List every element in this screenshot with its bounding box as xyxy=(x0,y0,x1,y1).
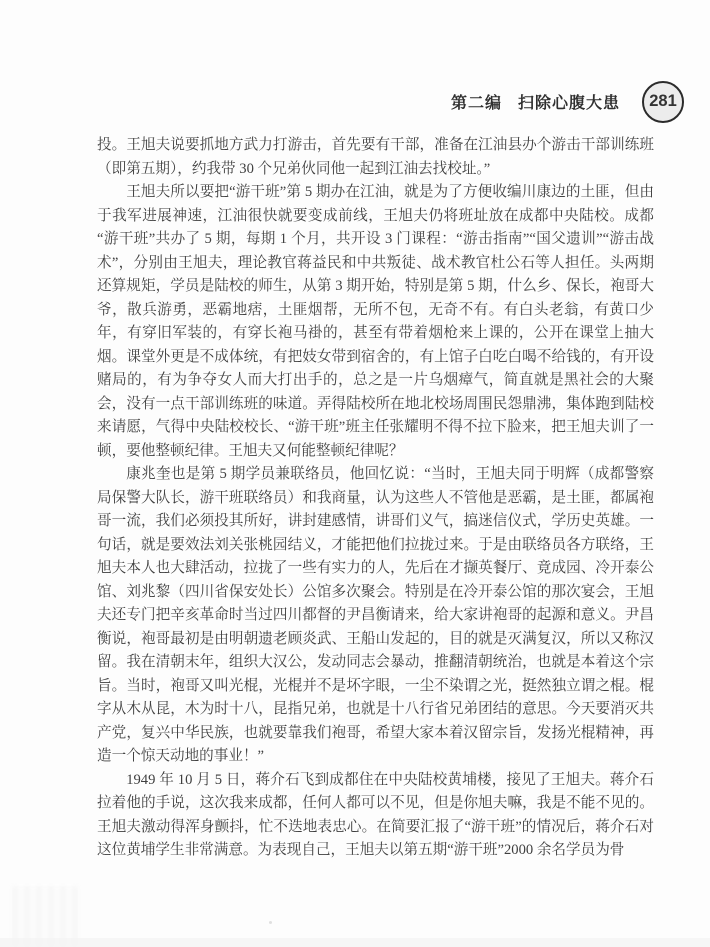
section-title: 扫除心腹大患 xyxy=(518,90,620,113)
page-header: 第二编 扫除心腹大患 281 xyxy=(451,80,684,123)
paragraph: 1949 年 10 月 5 日，蒋介石飞到成都住在中央陆校黄埔楼，接见了王旭夫。… xyxy=(97,769,654,863)
page-body: 投。王旭夫说要抓地方武力打游击，首先要有干部，准备在江油县办个游击干部训练班（即… xyxy=(97,134,654,863)
book-page: 第二编 扫除心腹大患 281 投。王旭夫说要抓地方武力打游击，首先要有干部，准备… xyxy=(0,0,710,947)
page-number-badge: 281 xyxy=(642,81,684,123)
paragraph: 投。王旭夫说要抓地方武力打游击，首先要有干部，准备在江油县办个游击干部训练班（即… xyxy=(97,134,654,181)
section-label: 第二编 xyxy=(451,90,502,113)
scan-speck xyxy=(269,921,272,924)
page-number: 281 xyxy=(649,92,677,111)
paragraph: 康兆奎也是第 5 期学员兼联络员，他回忆说：“当时，王旭夫同于明辉（成都警察局保… xyxy=(97,463,654,769)
running-head: 第二编 扫除心腹大患 xyxy=(451,90,620,113)
scan-shadow-band xyxy=(0,938,710,947)
paragraph: 王旭夫所以要把“游干班”第 5 期办在江油，就是为了方便收编川康边的土匪，但由于… xyxy=(97,181,654,463)
